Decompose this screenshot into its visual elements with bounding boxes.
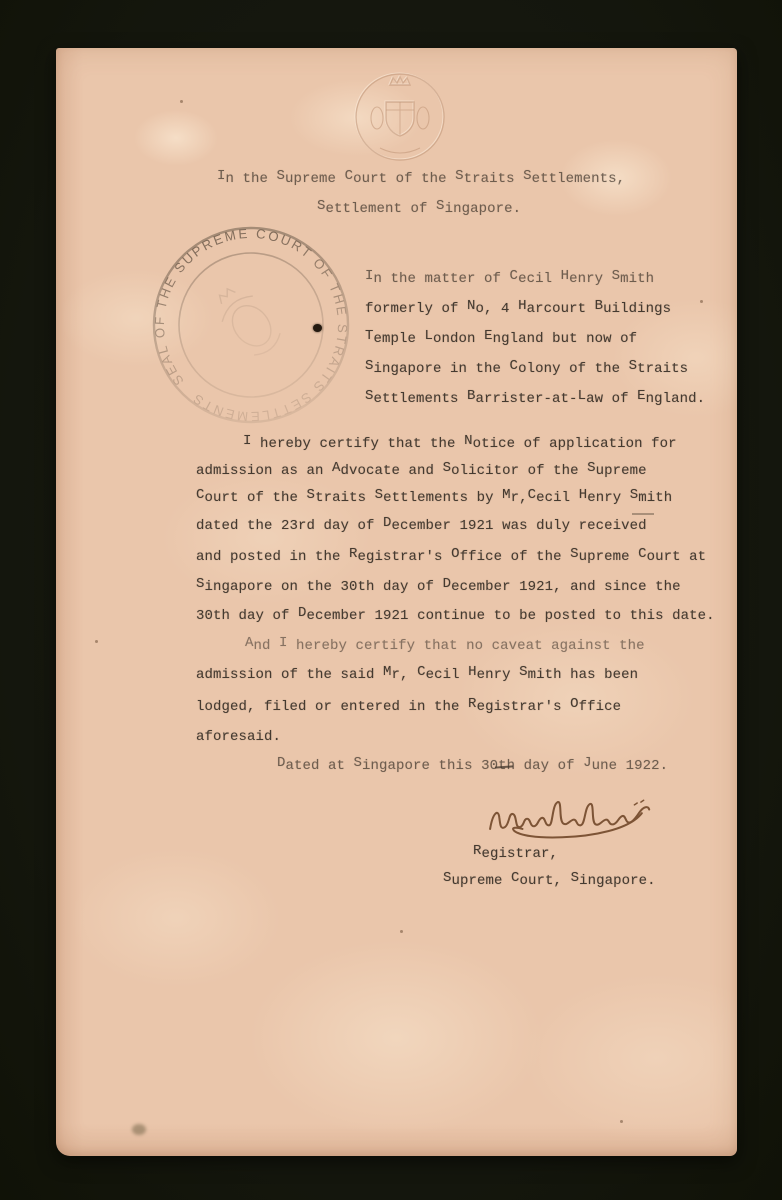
paper-stain (132, 1124, 146, 1135)
header-line-2: Settlement of Singapore. (317, 200, 521, 218)
seal-coat-of-arms (208, 279, 286, 361)
header-line-1: In the Supreme Court of the Straits Sett… (217, 170, 625, 188)
court-office-label: Supreme Court, Singapore. (443, 872, 656, 890)
crest-outline (356, 74, 444, 160)
matter-line-2: formerly of No, 4 Harcourt Buildings (365, 300, 671, 318)
matter-line-5: Settlements Barrister-at-Law of England. (365, 390, 705, 408)
caveat-line-2: admission of the said Mr, Cecil Henry Sm… (196, 666, 638, 684)
matter-line-3: Temple London England but now of (365, 330, 637, 348)
paper-speck (180, 100, 183, 103)
certificate-page: SEAL OF THE SUPREME COURT OF THE STRAITS… (56, 48, 737, 1156)
cert-line-2: admission as an Advocate and Solicitor o… (196, 462, 647, 480)
court-seal-stamp: SEAL OF THE SUPREME COURT OF THE STRAITS… (146, 220, 356, 430)
paper-speck (95, 640, 98, 643)
seal-inner-ring (150, 224, 353, 427)
cert-line-7: 30th day of December 1921 continue to be… (196, 607, 715, 625)
paper-speck (620, 1120, 623, 1123)
paper-speck (400, 930, 403, 933)
embossed-royal-crest-icon (350, 70, 450, 165)
cert-line-1: I hereby certify that the Notice of appl… (243, 435, 677, 453)
caveat-line-3: lodged, filed or entered in the Registra… (196, 698, 621, 716)
cert-line-5: and posted in the Registrar's Office of … (196, 548, 706, 566)
cert-line-4: dated the 23rd day of December 1921 was … (196, 517, 647, 535)
registrar-signature-icon (479, 784, 664, 848)
dated-line: Dated at Singapore this 30th day of June… (277, 757, 668, 775)
paper-speck (700, 300, 703, 303)
caveat-line-4: aforesaid. (196, 728, 281, 746)
typewriter-smudge-mark (632, 513, 654, 515)
cert-line-3: Court of the Straits Settlements by Mr,C… (196, 489, 672, 507)
registrar-label: Registrar, (473, 845, 558, 863)
photo-backdrop: SEAL OF THE SUPREME COURT OF THE STRAITS… (0, 0, 782, 1200)
ink-blot (313, 324, 322, 332)
matter-line-1: In the matter of Cecil Henry Smith (365, 270, 654, 288)
matter-line-4: Singapore in the Colony of the Straits (365, 360, 688, 378)
caveat-line-1: And I hereby certify that no caveat agai… (245, 637, 645, 655)
cert-line-6: Singapore on the 30th day of December 19… (196, 578, 681, 596)
